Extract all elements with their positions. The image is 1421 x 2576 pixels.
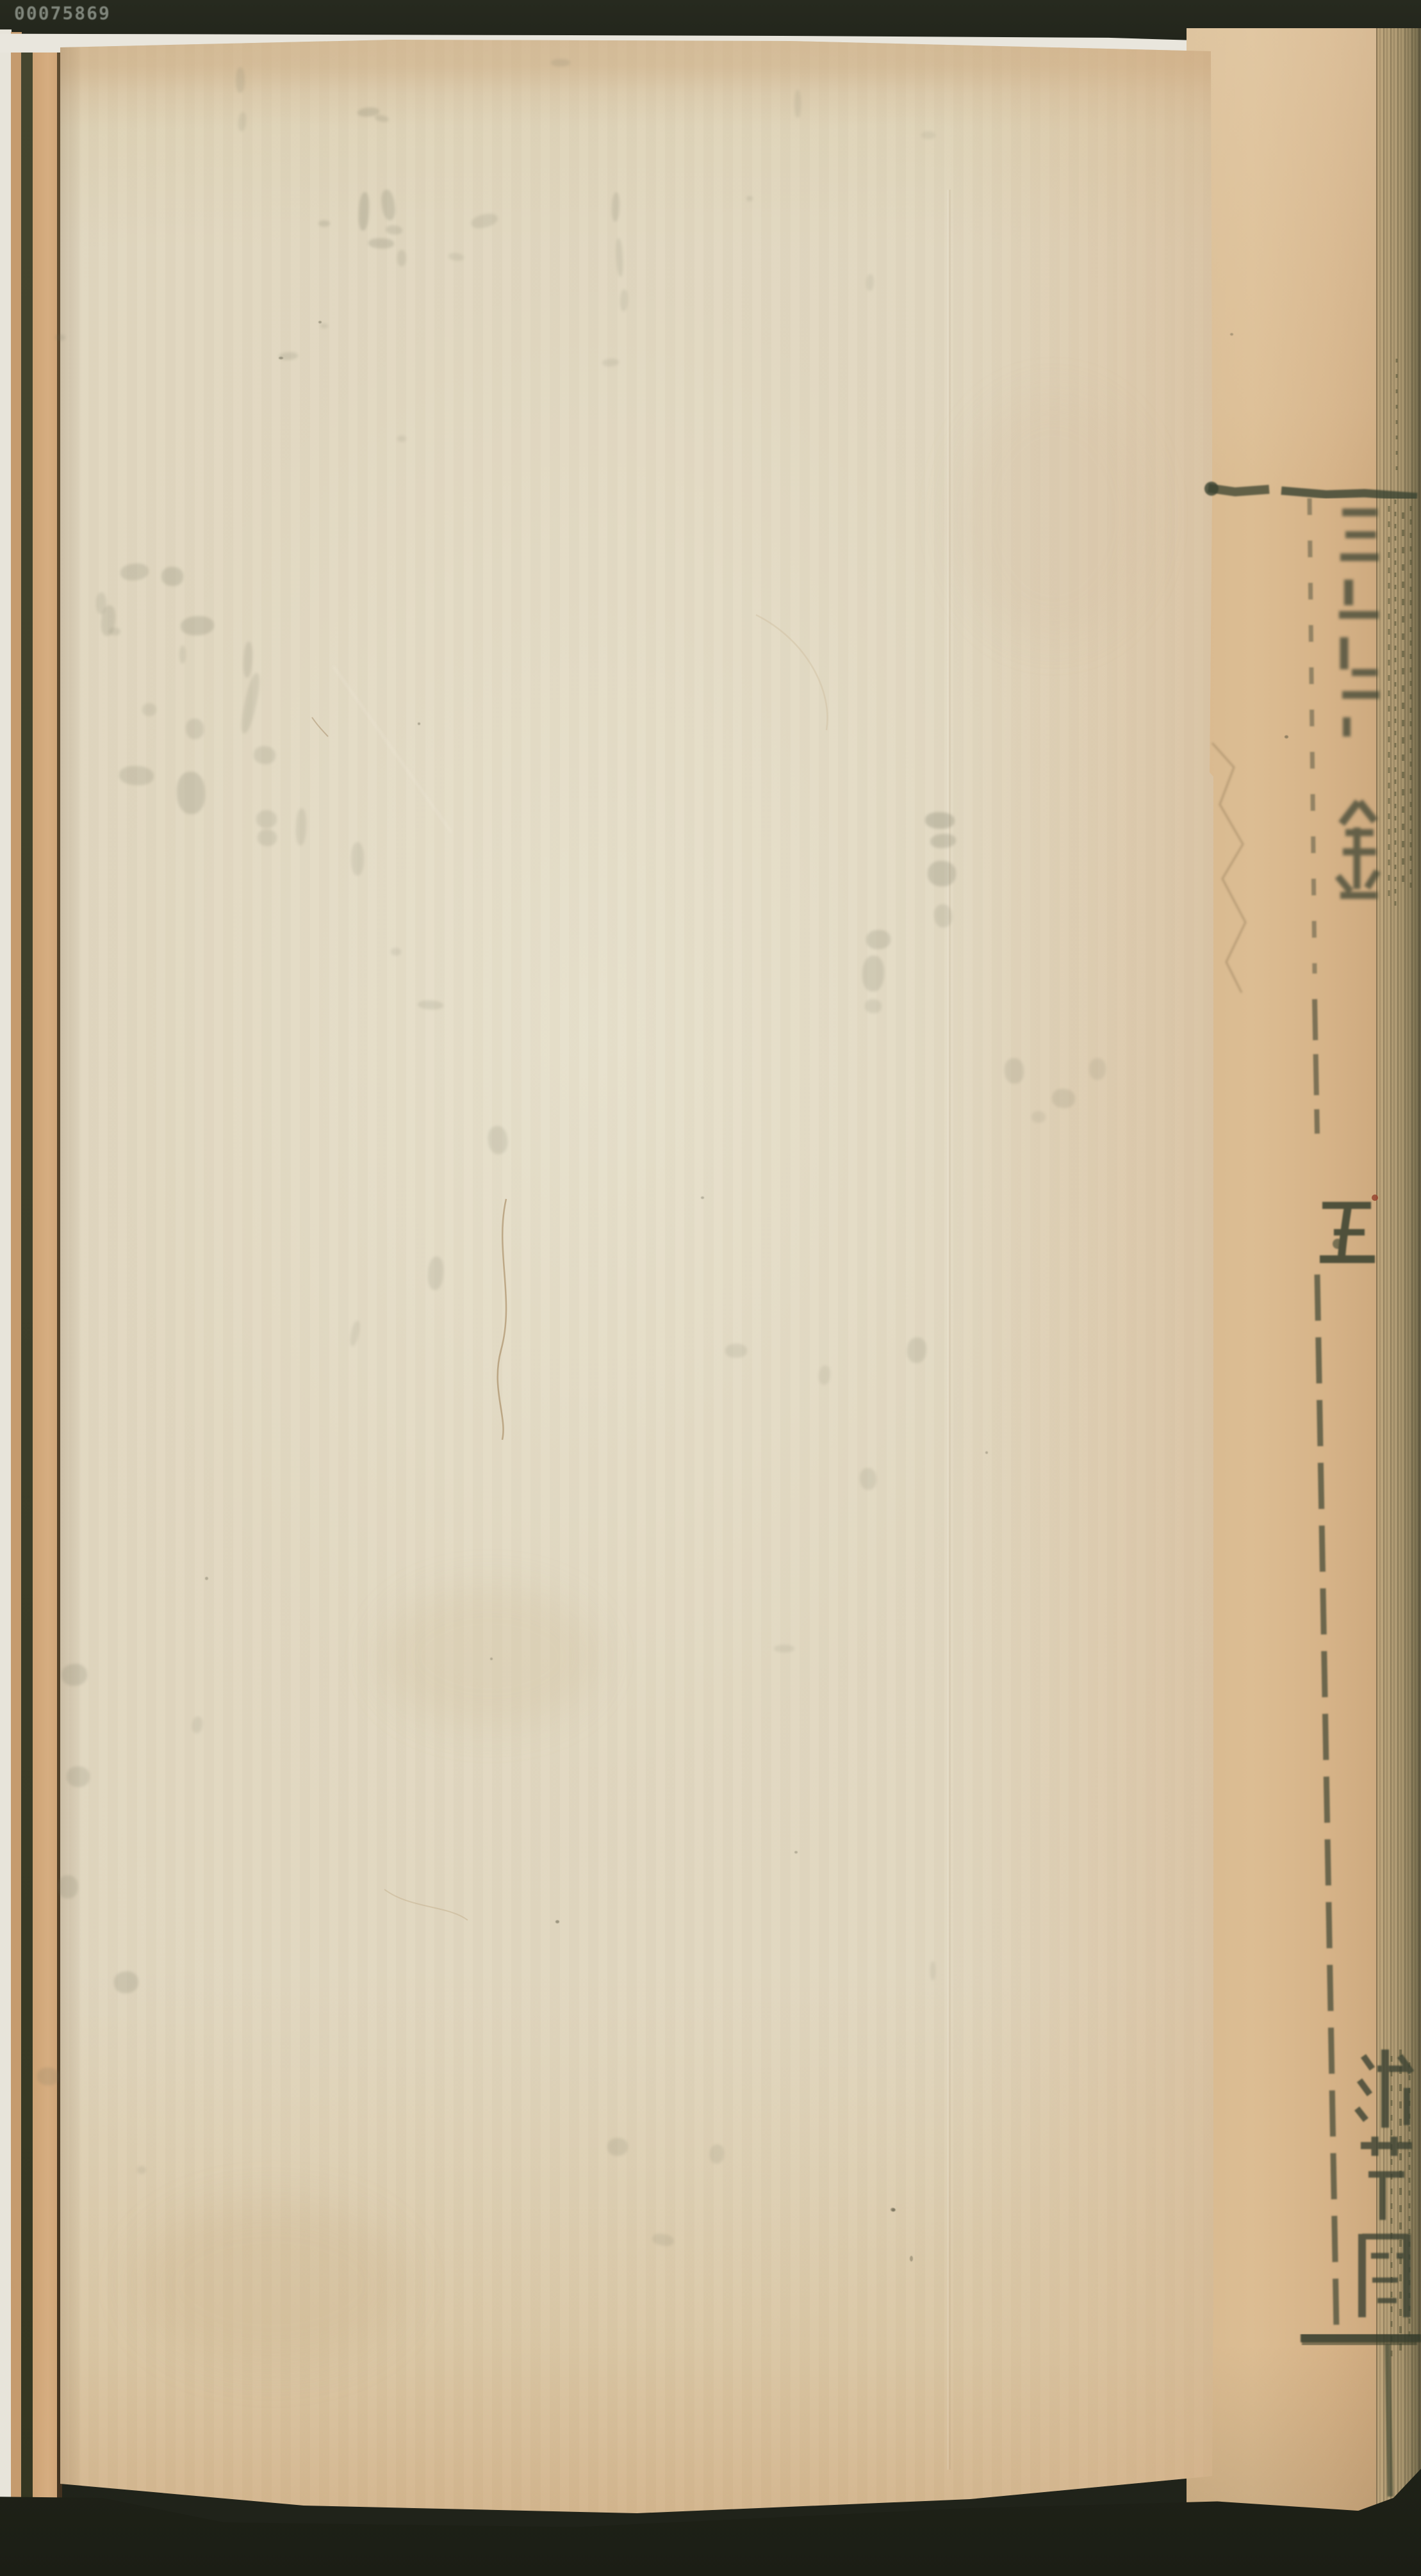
left-page-edge-tan-inner xyxy=(33,35,58,2524)
scan-watermark-id: 00075869 xyxy=(14,3,111,24)
paper-stain xyxy=(137,2201,406,2367)
paper-stain xyxy=(957,395,1149,638)
book-scan: 00075869 xyxy=(0,0,1421,2576)
left-page-edge-tan xyxy=(11,32,22,2530)
paper-stain xyxy=(381,1586,598,1727)
book-fore-edge xyxy=(1376,28,1421,2511)
page-gutter-shade xyxy=(60,36,82,2518)
blank-verso-page xyxy=(60,36,1213,2518)
left-cover-dark-band xyxy=(21,35,33,2527)
left-page-edge-white xyxy=(0,29,12,2536)
paper-fold-line xyxy=(947,190,953,2470)
